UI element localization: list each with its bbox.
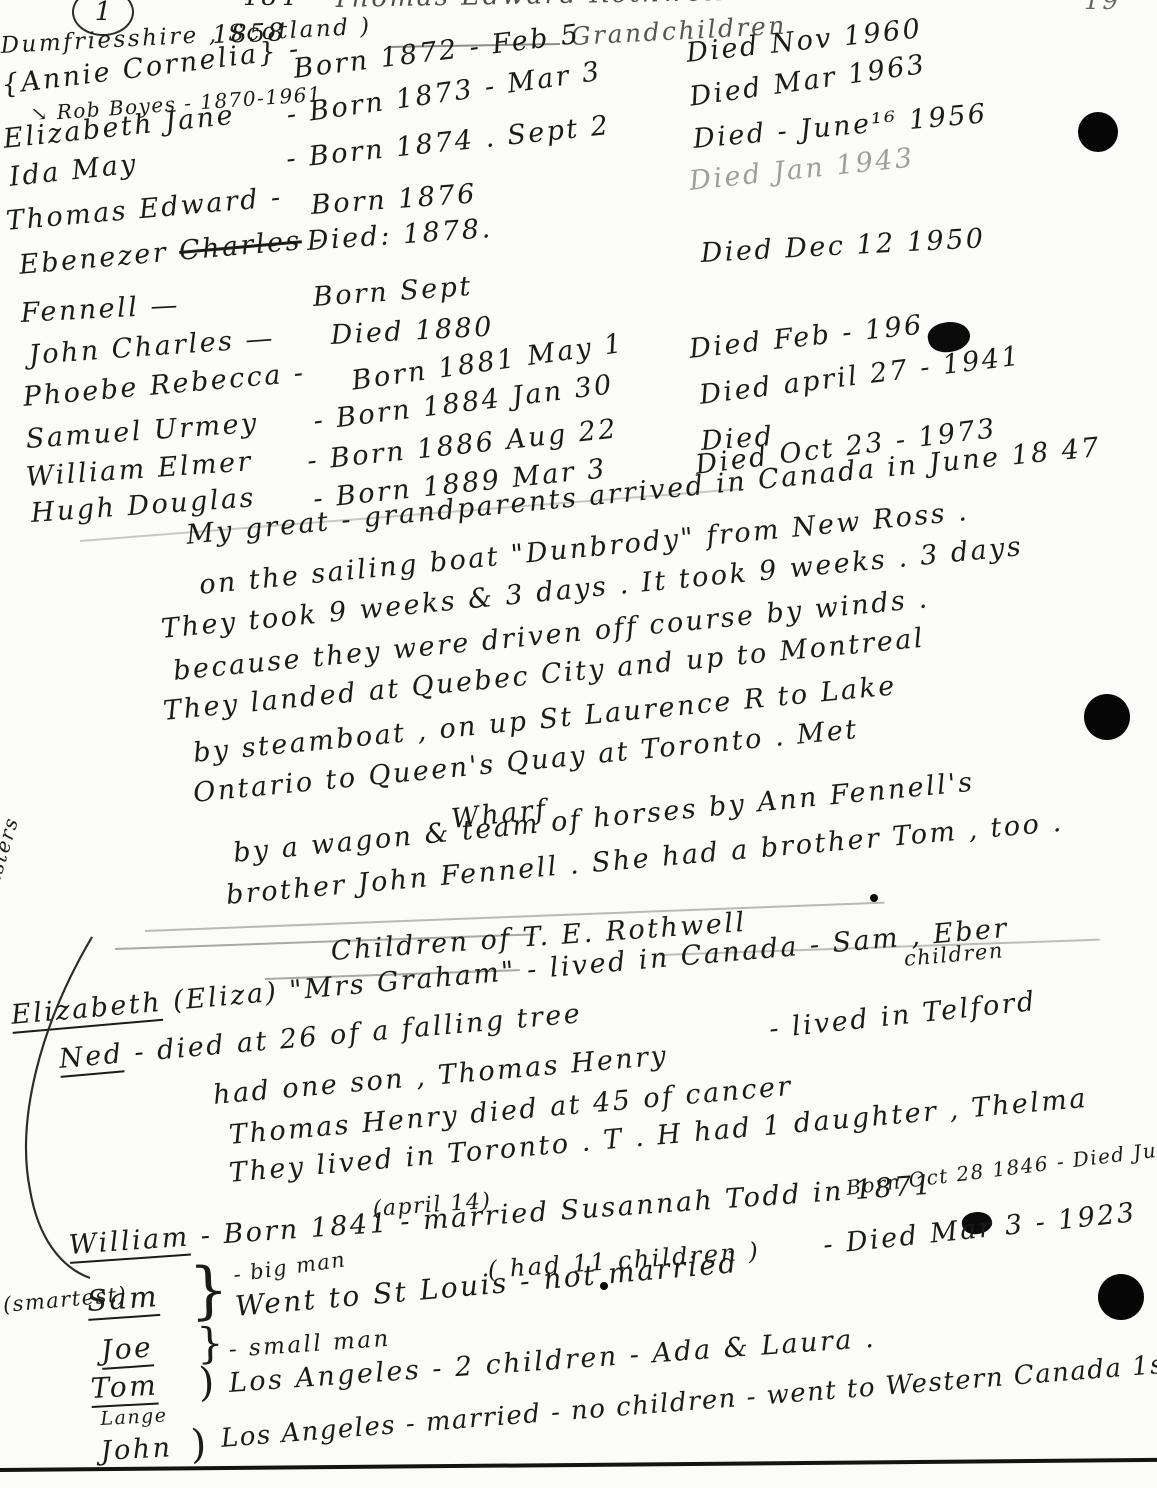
small-man-note: - small man: [228, 1327, 392, 1362]
son-name-text: Joe: [100, 1330, 155, 1370]
telford-note: - lived in Telford: [768, 988, 1038, 1044]
scanned-genealogy-page: 1 184 1858 Thomas Edward Rothwell marrie…: [0, 0, 1157, 1488]
william-died-note: - Died Mar 3 - 1923: [822, 1199, 1138, 1260]
grandchild-name: Fennell —: [20, 292, 181, 329]
grandchild-name: Ida May: [8, 151, 139, 193]
grandchild-name: Thomas Edward -: [5, 184, 284, 236]
son-name-joe: Joe: [100, 1332, 154, 1365]
child-william-line: William - Born 1841 - married Susannah T…: [68, 1172, 934, 1261]
grandchild-born: Born 1876: [310, 180, 478, 220]
hole-punch-dot: [1078, 112, 1118, 152]
paren-glyph: ): [198, 1361, 218, 1404]
son-name-john: John: [100, 1434, 173, 1466]
hole-punch-dot: [1098, 1274, 1144, 1320]
grandchild-born: Died: 1878.: [306, 215, 494, 256]
brace-glyph: }: [188, 1257, 232, 1324]
paren-glyph: ): [190, 1423, 210, 1466]
grandchild-died: Died Dec 12 1950: [700, 225, 986, 268]
lange-note: Lange: [100, 1406, 168, 1429]
partial-year-top: 184: [243, 0, 298, 10]
son-name-sam: Sam: [86, 1281, 160, 1316]
margin-brace-stroke: [0, 935, 110, 1280]
name-part: Ebenezer: [18, 237, 170, 281]
son-name-tom: Tom: [90, 1370, 159, 1403]
big-man-note: - big man: [232, 1248, 347, 1286]
scan-edge-line: [0, 1458, 1157, 1472]
partial-top-right: 19: [1084, 0, 1121, 14]
son-name-text: Tom: [90, 1368, 159, 1407]
hole-punch-dot: [1084, 694, 1130, 740]
stray-ink-mark: [870, 894, 878, 902]
son-name-text: Sam: [86, 1279, 161, 1321]
grandchild-born: Born Sept: [312, 273, 474, 312]
struck-name-part: Charles: [178, 225, 303, 267]
grandchild-died: Died - June¹⁶ 1956: [692, 100, 989, 154]
grandchild-name: Ebenezer Charles -: [18, 225, 326, 280]
grandchild-died: Died 1880: [330, 313, 495, 350]
